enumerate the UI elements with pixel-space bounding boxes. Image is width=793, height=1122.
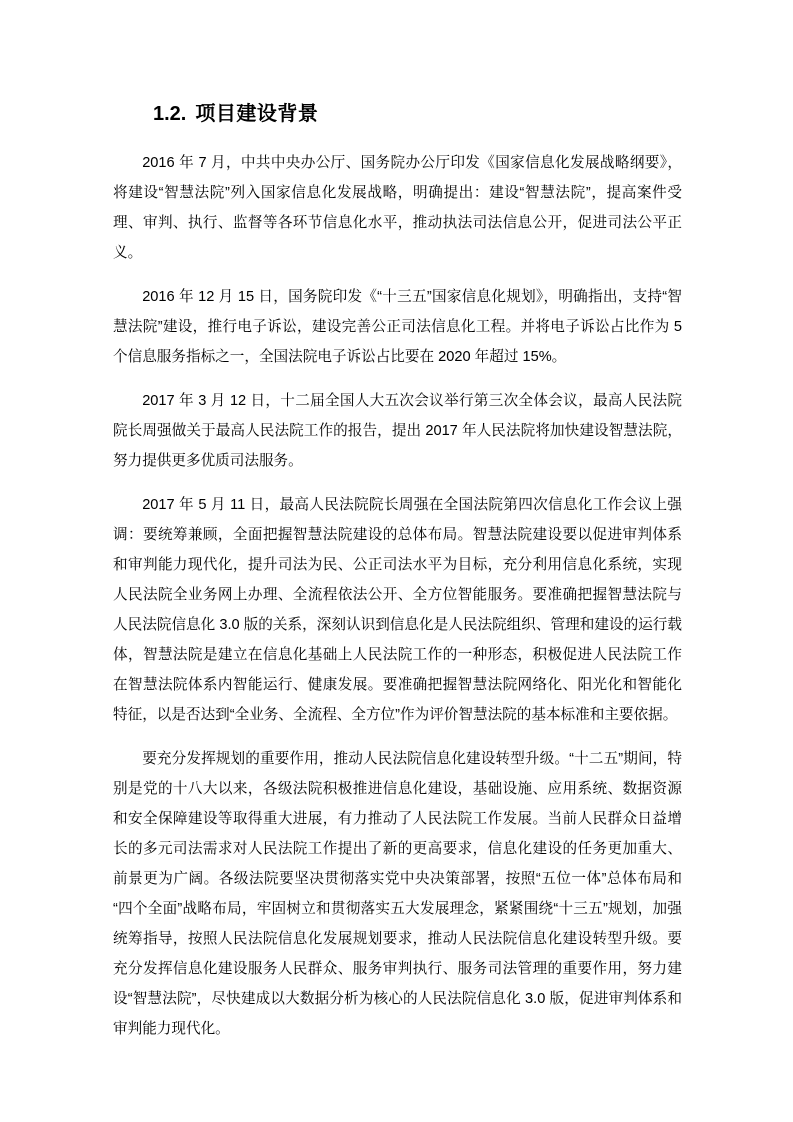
section-title: 项目建设背景 [195, 103, 318, 125]
section-number: 1.2. [153, 103, 186, 125]
document-page: 1.2.项目建设背景 2016 年 7 月，中共中央办公厅、国务院办公厅印发《国… [0, 0, 793, 1122]
paragraph-2017-march: 2017 年 3 月 12 日，十二届全国人大五次会议举行第三次全体会议，最高人… [113, 386, 682, 476]
paragraph-2016-december: 2016 年 12 月 15 日，国务院印发《“十三五”国家信息化规划》，明确指… [113, 282, 682, 372]
paragraph-2017-may: 2017 年 5 月 11 日，最高人民法院院长周强在全国法院第四次信息化工作会… [113, 490, 682, 730]
section-body: 2016 年 7 月，中共中央办公厅、国务院办公厅印发《国家信息化发展战略纲要》… [113, 148, 682, 1044]
paragraph-2016-july: 2016 年 7 月，中共中央办公厅、国务院办公厅印发《国家信息化发展战略纲要》… [113, 148, 682, 268]
paragraph-planning: 要充分发挥规划的重要作用，推动人民法院信息化建设转型升级。“十二五”期间，特别是… [113, 744, 682, 1044]
section-heading: 1.2.项目建设背景 [153, 104, 682, 124]
